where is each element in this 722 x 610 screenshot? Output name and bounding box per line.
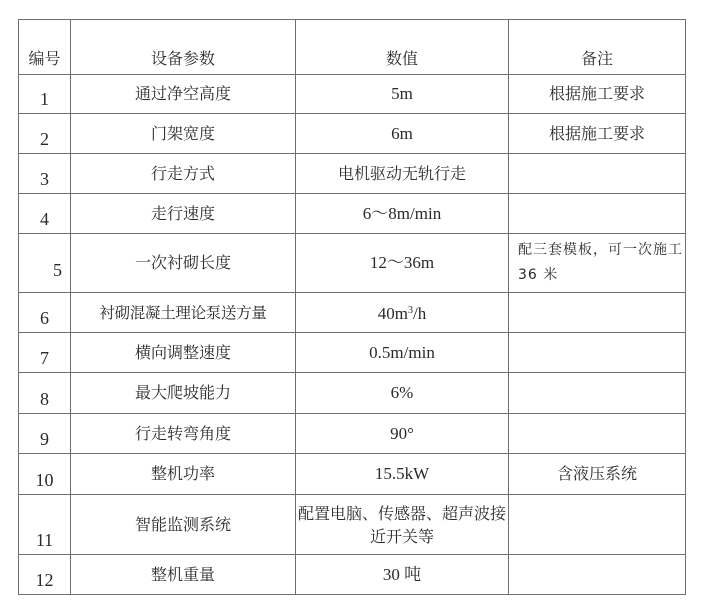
header-remark: 备注 (509, 20, 686, 75)
row-param: 一次衬砌长度 (71, 234, 296, 293)
row-remark: 配三套模板，可一次施工 36 米 (509, 234, 686, 293)
row-value: 0.5m/min (296, 333, 509, 373)
row-remark (509, 194, 686, 234)
row-no: 4 (19, 194, 71, 234)
row-remark (509, 495, 686, 555)
row-param: 整机功率 (71, 454, 296, 495)
row-value: 配置电脑、传感器、超声波接近开关等 (296, 495, 509, 555)
table-row: 5 一次衬砌长度 12～36m 配三套模板，可一次施工 36 米 (19, 234, 686, 293)
row-param: 行走方式 (71, 154, 296, 194)
row-no: 2 (19, 114, 71, 154)
table-header-row: 编号 设备参数 数值 备注 (19, 20, 686, 75)
row-no: 1 (19, 75, 71, 114)
row-value: 12～36m (296, 234, 509, 293)
row-remark (509, 555, 686, 595)
row-remark (509, 373, 686, 414)
row-value: 电机驱动无轨行走 (296, 154, 509, 194)
row-remark (509, 414, 686, 454)
table-row: 6 衬砌混凝土理论泵送方量 40m3/h (19, 293, 686, 333)
row-remark (509, 154, 686, 194)
table-row: 7 横向调整速度 0.5m/min (19, 333, 686, 373)
row-remark: 含液压系统 (509, 454, 686, 495)
header-no: 编号 (19, 20, 71, 75)
row-remark: 根据施工要求 (509, 75, 686, 114)
row-param: 门架宽度 (71, 114, 296, 154)
table-row: 9 行走转弯角度 90° (19, 414, 686, 454)
row-value: 6% (296, 373, 509, 414)
row-no: 6 (19, 293, 71, 333)
table-row: 3 行走方式 电机驱动无轨行走 (19, 154, 686, 194)
table-row: 10 整机功率 15.5kW 含液压系统 (19, 454, 686, 495)
row-value: 5m (296, 75, 509, 114)
row-no: 9 (19, 414, 71, 454)
row-no: 11 (19, 495, 71, 555)
row-no: 8 (19, 373, 71, 414)
row-param: 衬砌混凝土理论泵送方量 (71, 293, 296, 333)
row-param: 整机重量 (71, 555, 296, 595)
row-param: 横向调整速度 (71, 333, 296, 373)
equipment-spec-table: 编号 设备参数 数值 备注 1 通过净空高度 5m 根据施工要求 2 门架宽度 … (18, 19, 686, 595)
row-value: 40m3/h (296, 293, 509, 333)
row-remark (509, 333, 686, 373)
table-row: 8 最大爬坡能力 6% (19, 373, 686, 414)
header-param: 设备参数 (71, 20, 296, 75)
row-no: 5 (19, 234, 71, 293)
value-main: 40m (378, 304, 408, 323)
row-remark (509, 293, 686, 333)
table-row: 2 门架宽度 6m 根据施工要求 (19, 114, 686, 154)
row-value: 30 吨 (296, 555, 509, 595)
table-row: 12 整机重量 30 吨 (19, 555, 686, 595)
table-row: 1 通过净空高度 5m 根据施工要求 (19, 75, 686, 114)
table-row: 4 走行速度 6～8m/min (19, 194, 686, 234)
row-remark: 根据施工要求 (509, 114, 686, 154)
table-row: 11 智能监测系统 配置电脑、传感器、超声波接近开关等 (19, 495, 686, 555)
row-value: 15.5kW (296, 454, 509, 495)
row-no: 3 (19, 154, 71, 194)
row-no: 12 (19, 555, 71, 595)
row-param: 智能监测系统 (71, 495, 296, 555)
row-value: 6m (296, 114, 509, 154)
row-no: 10 (19, 454, 71, 495)
header-value: 数值 (296, 20, 509, 75)
row-param: 通过净空高度 (71, 75, 296, 114)
value-tail: /h (413, 304, 426, 323)
row-param: 走行速度 (71, 194, 296, 234)
row-param: 最大爬坡能力 (71, 373, 296, 414)
row-no: 7 (19, 333, 71, 373)
row-value: 6～8m/min (296, 194, 509, 234)
row-param: 行走转弯角度 (71, 414, 296, 454)
row-value: 90° (296, 414, 509, 454)
